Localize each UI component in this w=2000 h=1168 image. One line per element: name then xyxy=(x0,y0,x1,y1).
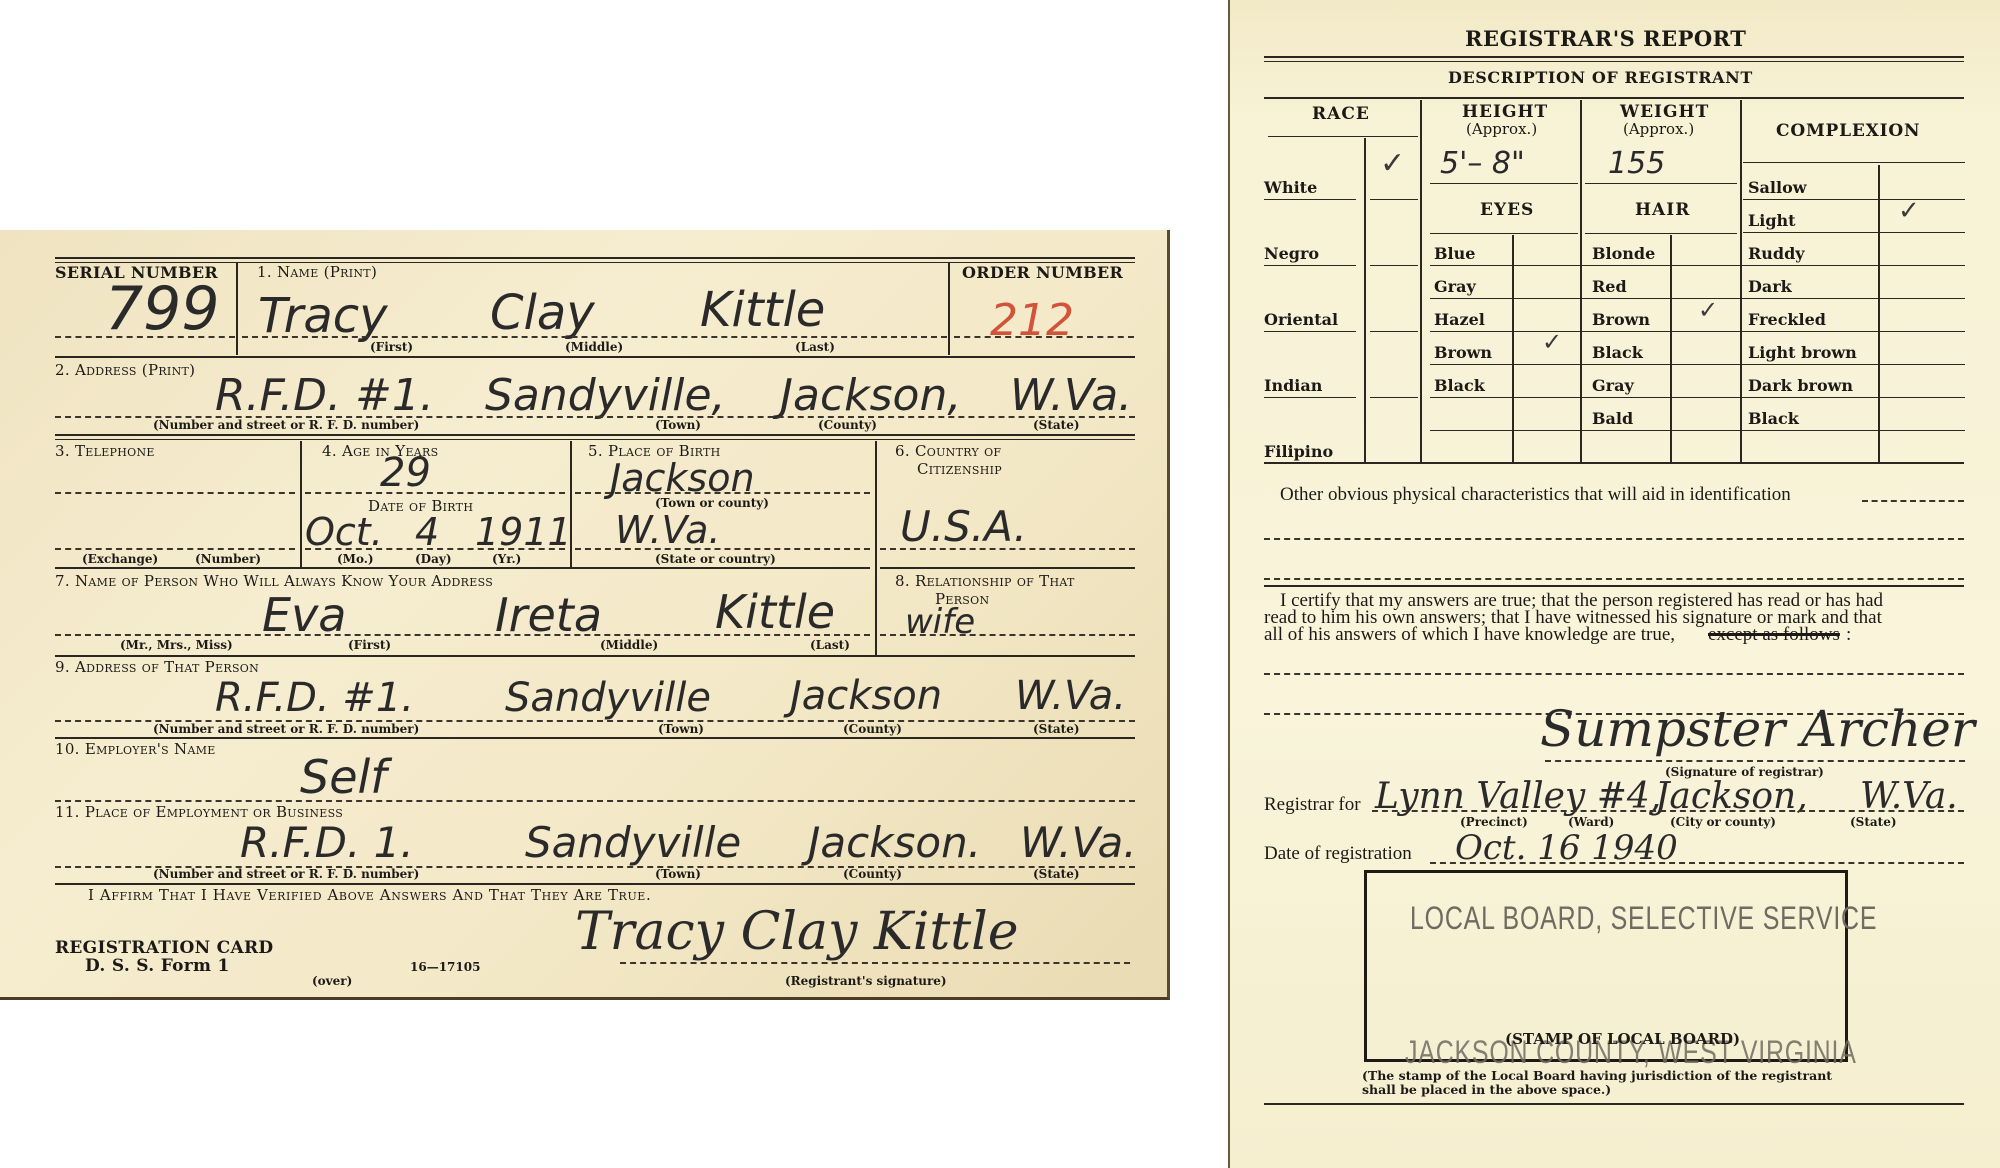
divider xyxy=(1264,61,1964,62)
complexion-sallow: Sallow xyxy=(1748,178,1807,197)
divider xyxy=(55,737,1135,739)
divider xyxy=(1512,235,1514,462)
divider xyxy=(1743,199,1965,200)
eyes-hazel: Hazel xyxy=(1434,310,1485,329)
race-white-check-icon: ✓ xyxy=(1380,146,1405,181)
caption: (Registrant's signature) xyxy=(785,974,947,988)
height-header: HEIGHT xyxy=(1462,102,1548,122)
divider xyxy=(1430,183,1578,184)
caption: (Ward) xyxy=(1568,815,1614,829)
race-negro: Negro xyxy=(1264,244,1319,263)
divider xyxy=(1585,233,1737,234)
date-of-registration-label: Date of registration xyxy=(1264,843,1412,865)
hair-blonde: Blonde xyxy=(1592,244,1655,263)
report-subtitle: DESCRIPTION OF REGISTRANT xyxy=(1448,68,1753,87)
address-label: 2. Address (Print) xyxy=(55,361,195,379)
age-value: 29 xyxy=(380,450,431,496)
registrar-signature: Sumpster Archer xyxy=(1540,700,1975,758)
hair-brown: Brown xyxy=(1592,310,1650,329)
form-title: REGISTRATION CARD xyxy=(55,938,273,958)
report-title: REGISTRAR'S REPORT xyxy=(1465,26,1746,51)
race-filipino: Filipino xyxy=(1264,442,1333,461)
employment-street: R.F.D. 1. xyxy=(240,818,414,867)
citizenship-label: 6. Country of xyxy=(895,442,1001,460)
field-line xyxy=(55,336,235,338)
divider xyxy=(1264,462,1964,464)
hair-bald: Bald xyxy=(1592,409,1633,428)
contact-last: Kittle xyxy=(715,585,835,639)
field-line xyxy=(1264,578,1964,580)
divider xyxy=(570,441,572,567)
caption: (Mr., Mrs., Miss) xyxy=(120,638,233,652)
name-label: 1. Name (Print) xyxy=(257,263,377,281)
contact-address-label: 9. Address of That Person xyxy=(55,658,259,676)
divider xyxy=(1670,235,1672,462)
caption: (Day) xyxy=(415,552,452,566)
caption: (State or country) xyxy=(655,552,776,566)
field-line xyxy=(1545,760,1965,762)
citizenship-label-line2: Citizenship xyxy=(917,460,1002,478)
weight-subheader: (Approx.) xyxy=(1623,120,1694,138)
hair-brown-check-icon: ✓ xyxy=(1698,296,1718,324)
divider xyxy=(1878,165,1880,462)
divider xyxy=(1264,585,1964,587)
citizenship-value: U.S.A. xyxy=(900,502,1027,551)
order-number-label: ORDER NUMBER xyxy=(962,263,1123,282)
complexion-light: Light xyxy=(1748,211,1796,230)
contact-street: R.F.D. #1. xyxy=(215,675,414,721)
divider xyxy=(1740,100,1742,462)
hair-black: Black xyxy=(1592,343,1643,362)
field-line xyxy=(880,548,1135,550)
struck-text: except as follows xyxy=(1708,624,1840,646)
field-line xyxy=(242,336,947,338)
hair-header: HAIR xyxy=(1635,200,1690,220)
eyes-black: Black xyxy=(1434,376,1485,395)
divider xyxy=(1430,233,1578,234)
other-characteristics-label: Other obvious physical characteristics t… xyxy=(1280,484,1791,506)
complexion-header: COMPLEXION xyxy=(1776,121,1920,141)
field-line xyxy=(880,634,1135,636)
complexion-ruddy: Ruddy xyxy=(1748,244,1805,263)
caption: (Exchange) xyxy=(82,552,158,566)
name-middle: Clay xyxy=(490,285,595,341)
stamp-line-1: LOCAL BOARD, SELECTIVE SERVICE xyxy=(1410,900,1877,937)
affirmation-text: I Affirm That I Have Verified Above Answ… xyxy=(88,886,651,904)
address-town: Sandyville, xyxy=(485,370,726,421)
field-line xyxy=(575,492,870,494)
caption: (City or county) xyxy=(1670,815,1776,829)
divider xyxy=(55,356,1135,358)
caption: (Precinct) xyxy=(1460,815,1528,829)
contact-town: Sandyville xyxy=(505,675,711,721)
address-street: R.F.D. #1. xyxy=(215,370,434,421)
divider xyxy=(55,883,1135,885)
divider xyxy=(55,257,1135,259)
field-line xyxy=(1862,500,1964,502)
divider xyxy=(55,655,1135,657)
field-line xyxy=(305,492,565,494)
divider xyxy=(1430,364,1965,365)
eyes-gray: Gray xyxy=(1434,277,1476,296)
divider xyxy=(1370,331,1418,332)
divider xyxy=(55,567,870,569)
registration-card-front: SERIAL NUMBER 799 1. Name (Print) Tracy … xyxy=(0,230,1170,1000)
race-oriental: Oriental xyxy=(1264,310,1338,329)
race-header: RACE xyxy=(1312,104,1370,124)
divider xyxy=(1364,138,1366,462)
field-line xyxy=(305,548,565,550)
divider xyxy=(1268,136,1418,137)
eyes-header: EYES xyxy=(1480,200,1534,220)
hair-gray: Gray xyxy=(1592,376,1634,395)
field-line xyxy=(575,548,870,550)
complexion-light-brown: Light brown xyxy=(1748,343,1857,362)
caption: (State) xyxy=(1033,418,1080,432)
divider xyxy=(1264,265,1356,266)
caption: (Yr.) xyxy=(492,552,521,566)
divider xyxy=(1585,183,1737,184)
caption: (State) xyxy=(1033,867,1080,881)
field-line xyxy=(55,492,295,494)
hair-red: Red xyxy=(1592,277,1627,296)
caption: (State) xyxy=(1033,722,1080,736)
name-last: Kittle xyxy=(700,282,825,338)
caption: (First) xyxy=(348,638,391,652)
caption: (Town) xyxy=(655,418,701,432)
form-number: D. S. S. Form 1 xyxy=(85,956,230,976)
registrars-report-back: REGISTRAR'S REPORT DESCRIPTION OF REGIST… xyxy=(1228,0,2000,1168)
employment-county: Jackson. xyxy=(808,818,981,867)
employer-value: Self xyxy=(300,750,386,804)
stamp-note-line-1: (The stamp of the Local Board having jur… xyxy=(1362,1068,1832,1083)
divider xyxy=(1370,397,1418,398)
field-line xyxy=(55,800,1135,802)
stamp-caption: (STAMP OF LOCAL BOARD) xyxy=(1505,1030,1740,1048)
divider xyxy=(1430,331,1965,332)
divider xyxy=(1430,265,1965,266)
registrant-signature: Tracy Clay Kittle xyxy=(575,902,1019,962)
employer-label: 10. Employer's Name xyxy=(55,740,216,758)
divider xyxy=(300,441,302,567)
field-line xyxy=(620,962,1130,964)
field-line xyxy=(55,634,870,636)
caption: (Last) xyxy=(810,638,850,652)
divider xyxy=(1743,232,1965,233)
field-line xyxy=(1372,810,1964,812)
complexion-freckled: Freckled xyxy=(1748,310,1826,329)
eyes-brown: Brown xyxy=(1434,343,1492,362)
divider xyxy=(1420,100,1422,462)
divider xyxy=(55,434,1135,436)
caption: (County) xyxy=(843,722,902,736)
divider xyxy=(1264,1103,1964,1105)
divider xyxy=(1264,397,1356,398)
eyes-brown-check-icon: ✓ xyxy=(1542,328,1562,356)
serial-number-value: 799 xyxy=(105,274,220,344)
caption: (Middle) xyxy=(565,340,623,354)
divider xyxy=(1370,265,1418,266)
place-of-birth-state: W.Va. xyxy=(615,508,720,552)
order-number-value: 212 xyxy=(990,295,1074,346)
employment-state: W.Va. xyxy=(1020,818,1137,867)
field-line xyxy=(1430,862,1964,864)
certification-line-3: all of his answers of which I have knowl… xyxy=(1264,624,1675,646)
divider xyxy=(1743,162,1965,163)
caption: (County) xyxy=(818,418,877,432)
divider xyxy=(236,263,238,355)
contact-county: Jackson xyxy=(790,673,942,719)
divider xyxy=(875,441,877,567)
race-indian: Indian xyxy=(1264,376,1322,395)
caption: (Middle) xyxy=(600,638,658,652)
address-county: Jackson, xyxy=(780,370,961,421)
divider xyxy=(1264,56,1964,58)
caption: (Number and street or R. F. D. number) xyxy=(153,722,419,736)
complexion-light-check-icon: ✓ xyxy=(1898,196,1920,226)
divider xyxy=(1430,397,1965,398)
complexion-black: Black xyxy=(1748,409,1799,428)
print-code: 16—17105 xyxy=(410,960,480,974)
complexion-dark-brown: Dark brown xyxy=(1748,376,1853,395)
stamp-note-line-2: shall be placed in the above space.) xyxy=(1362,1082,1611,1097)
caption: (County) xyxy=(843,867,902,881)
divider xyxy=(880,567,1135,569)
height-value: 5'– 8" xyxy=(1440,146,1525,181)
height-subheader: (Approx.) xyxy=(1466,120,1537,138)
caption: (Last) xyxy=(795,340,835,354)
caption: (Town) xyxy=(655,867,701,881)
weight-value: 155 xyxy=(1608,146,1665,181)
relationship-label: 8. Relationship of That xyxy=(895,572,1075,590)
divider xyxy=(1430,430,1965,431)
caption: (Number) xyxy=(195,552,261,566)
eyes-blue: Blue xyxy=(1434,244,1475,263)
caption: (Town) xyxy=(658,722,704,736)
divider xyxy=(1264,97,1964,99)
caption: (State) xyxy=(1850,815,1897,829)
complexion-dark: Dark xyxy=(1748,277,1792,296)
caption: (Number and street or R. F. D. number) xyxy=(153,418,419,432)
caption: (First) xyxy=(370,340,413,354)
weight-header: WEIGHT xyxy=(1620,102,1709,122)
telephone-label: 3. Telephone xyxy=(55,442,155,460)
field-line xyxy=(55,548,295,550)
employment-town: Sandyville xyxy=(525,818,741,867)
contact-state: W.Va. xyxy=(1015,673,1126,719)
divider xyxy=(875,567,877,655)
divider xyxy=(1580,100,1582,462)
relationship-value: wife xyxy=(905,602,975,642)
caption: (Number and street or R. F. D. number) xyxy=(153,867,419,881)
over-note: (over) xyxy=(312,974,352,988)
field-line xyxy=(954,336,1134,338)
divider xyxy=(55,439,1135,440)
divider xyxy=(948,263,950,355)
registrar-for-label: Registrar for xyxy=(1264,794,1361,816)
field-line xyxy=(1264,673,1964,675)
address-state: W.Va. xyxy=(1010,370,1132,421)
caption: (Mo.) xyxy=(337,552,374,566)
divider xyxy=(1370,199,1418,200)
race-white: White xyxy=(1264,178,1317,197)
divider xyxy=(1264,331,1356,332)
field-line xyxy=(1264,538,1964,540)
divider xyxy=(1430,298,1965,299)
divider xyxy=(1264,199,1356,200)
